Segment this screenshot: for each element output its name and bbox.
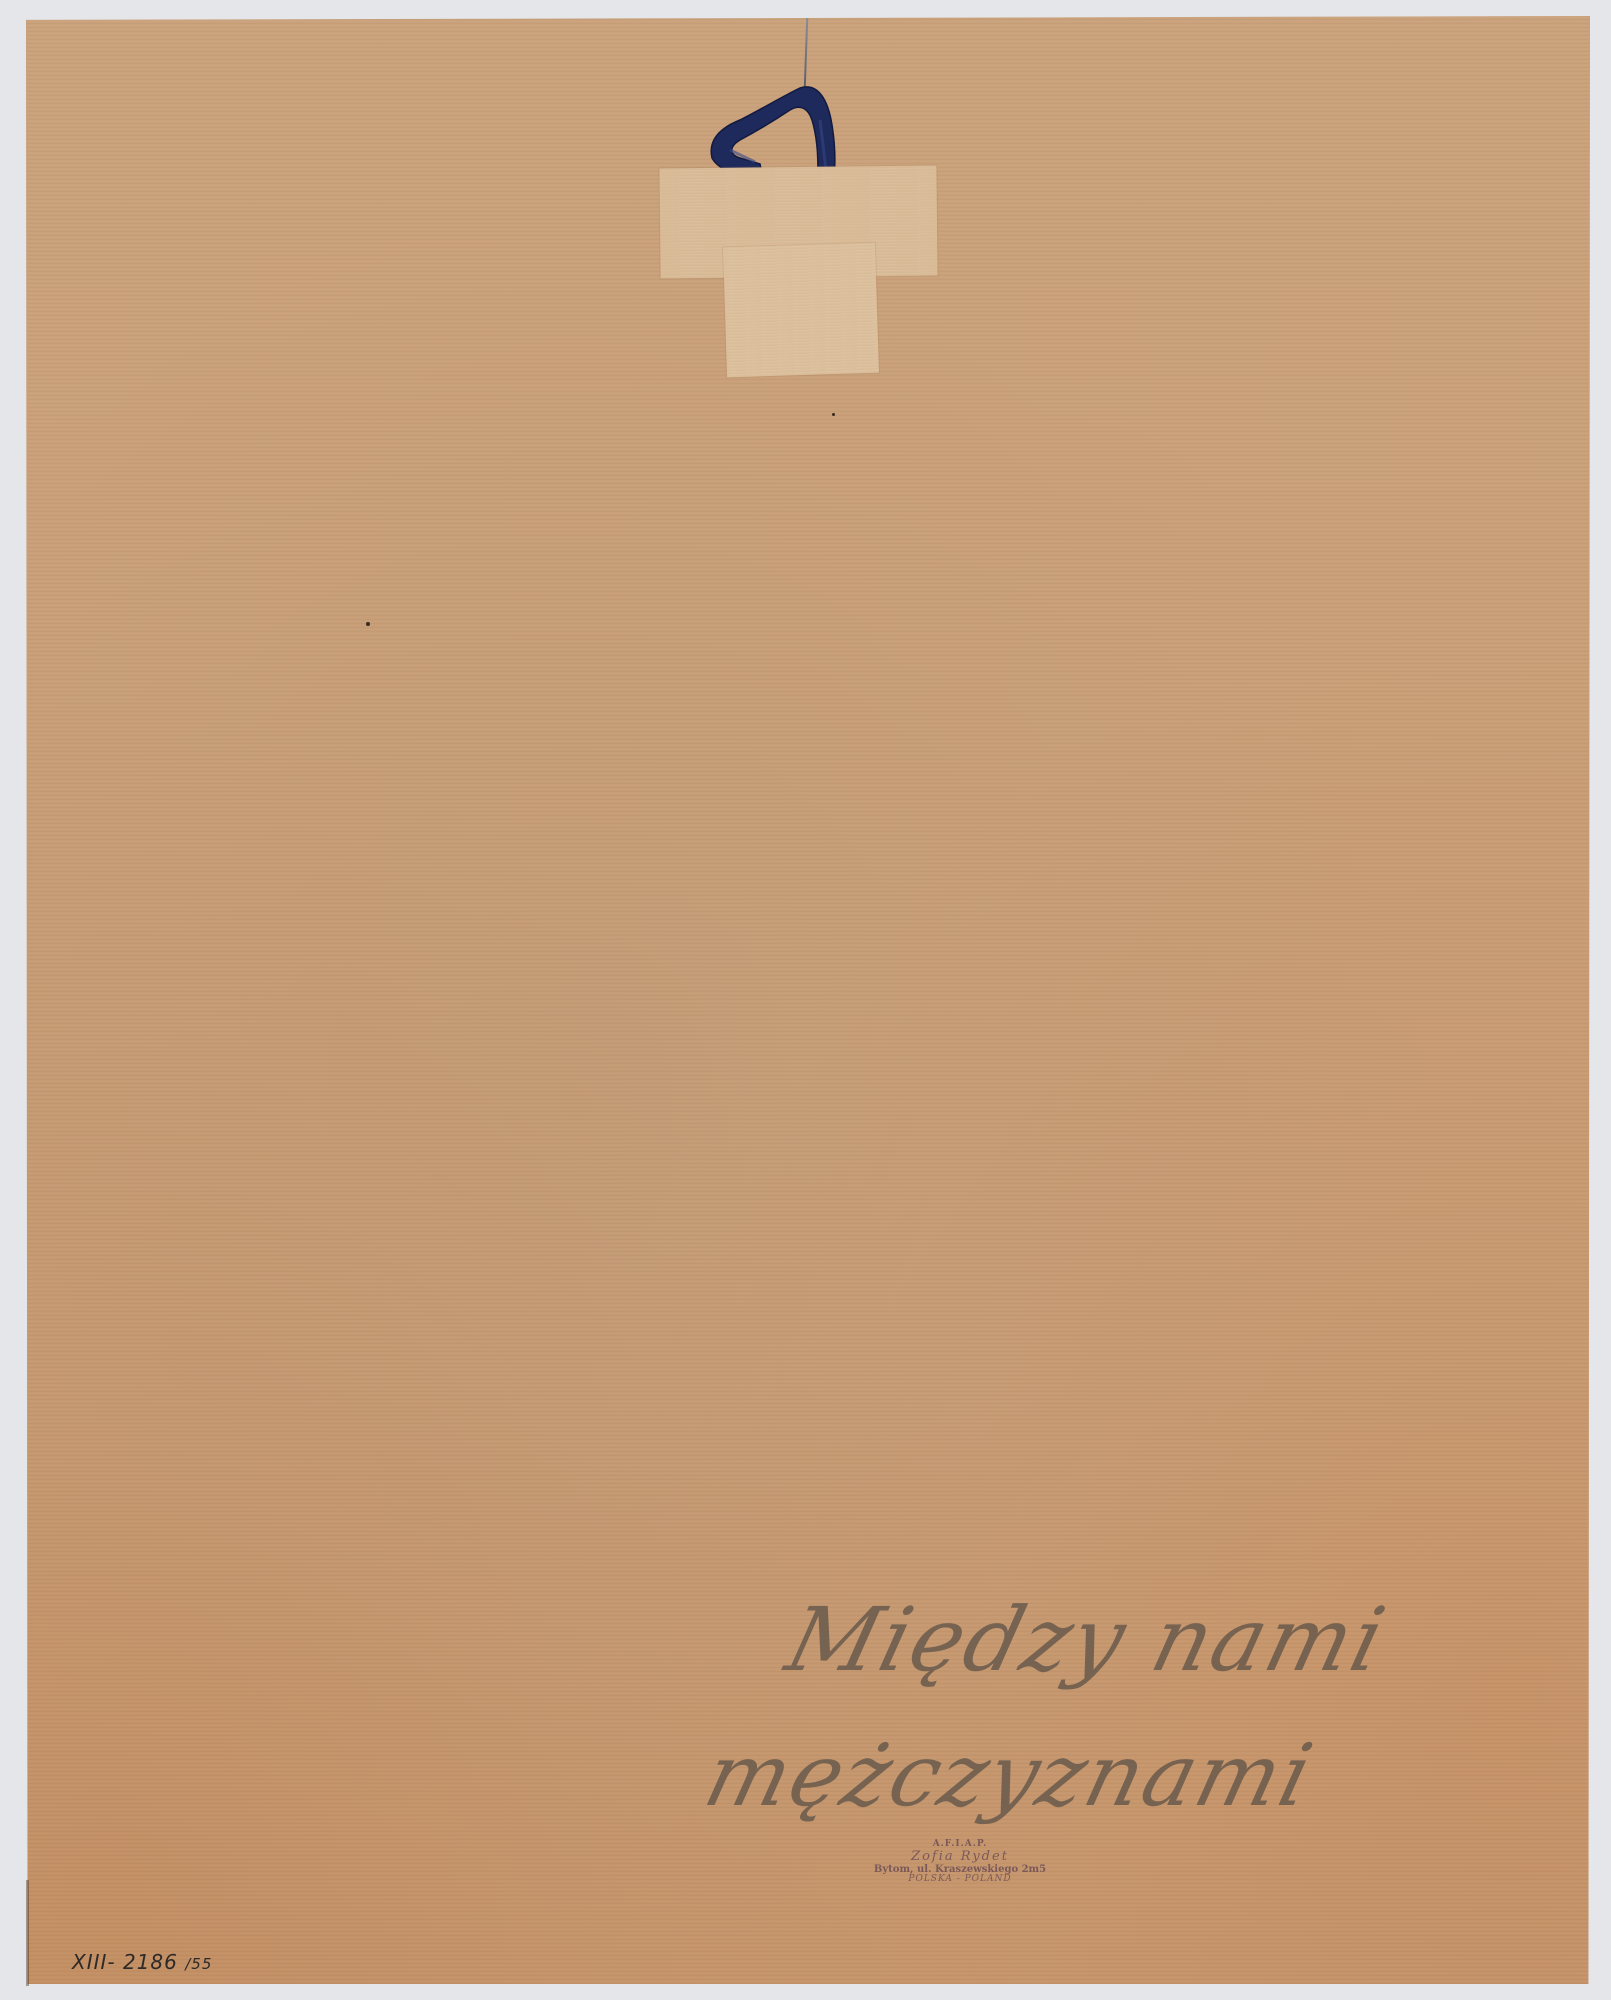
speck	[366, 622, 370, 626]
handwritten-title-line-1: Między nami	[777, 1588, 1396, 1691]
handwritten-title-line-2: mężczyznami	[696, 1726, 1324, 1826]
photographer-stamp: A.F.I.A.P. Zofia Rydet Bytom, ul. Krasze…	[860, 1840, 1060, 1885]
catalog-number-suffix: /55	[185, 1955, 212, 1973]
ribbon-loop-icon	[700, 80, 850, 180]
stamp-country: POLSKA - POLAND	[860, 1875, 1060, 1885]
catalog-number-main: XIII- 2186	[72, 1950, 178, 1974]
board-edge	[26, 1880, 29, 1986]
catalog-number: XIII- 2186 /55	[72, 1950, 212, 1974]
stamp-name: Zofia Rydet	[860, 1850, 1060, 1864]
tape-strip	[723, 243, 879, 378]
artwork-back-view: Między nami mężczyznami A.F.I.A.P. Zofia…	[0, 0, 1611, 2000]
speck	[832, 413, 835, 416]
